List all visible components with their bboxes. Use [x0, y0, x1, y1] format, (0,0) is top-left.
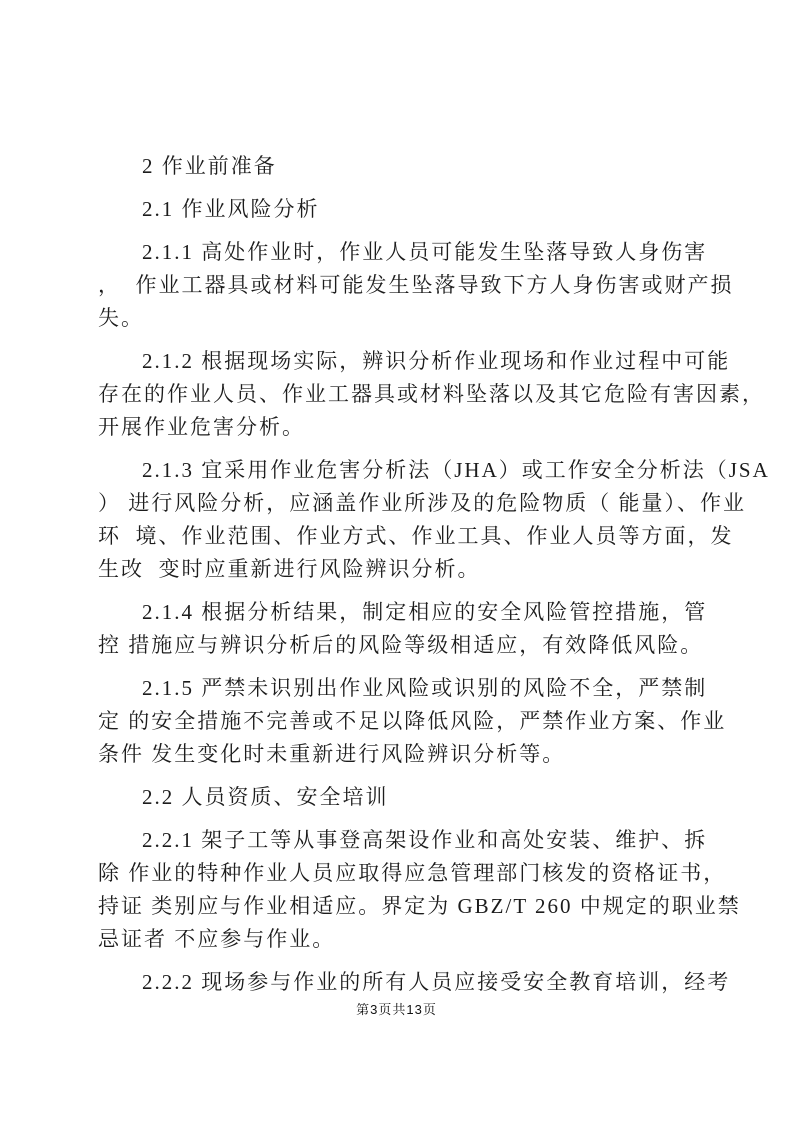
paragraph-2-1-4: 2.1.4 根据分析结果，制定相应的安全风险管控措施，管 控 措施应与辨识分析后… [98, 596, 723, 662]
text-line: 除 作业的特种作业人员应取得应急管理部门核发的资格证书， [98, 857, 723, 890]
text-line: 环 境、作业范围、作业方式、作业工具、作业人员等方面，发 [98, 520, 723, 553]
text-line: 条件 发生变化时未重新进行风险辨识分析等。 [98, 738, 723, 771]
text-line: 2.2.1 架子工等从事登高架设作业和高处安装、维护、拆 [98, 824, 723, 857]
text-line: 2.2.2 现场参与作业的所有人员应接受安全教育培训，经考 [98, 966, 723, 999]
paragraph-2-1-2: 2.1.2 根据现场实际，辨识分析作业现场和作业过程中可能 存在的作业人员、作业… [98, 345, 723, 444]
text-line: 生改 变时应重新进行风险辨识分析。 [98, 553, 723, 586]
text-line: 忌证者 不应参与作业。 [98, 923, 723, 956]
section-heading-2-1: 2.1 作业风险分析 [98, 193, 723, 226]
heading-text: 2 作业前准备 [98, 150, 723, 183]
document-page: 2 作业前准备 2.1 作业风险分析 2.1.1 高处作业时，作业人员可能发生坠… [0, 0, 793, 1122]
text-line: 开展作业危害分析。 [98, 411, 723, 444]
text-line: ） 进行风险分析，应涵盖作业所涉及的危险物质（ 能量）、作业 [98, 487, 723, 520]
page-number-label: 第3页共13页 [356, 1002, 437, 1017]
text-line: 2.1.4 根据分析结果，制定相应的安全风险管控措施，管 [98, 596, 723, 629]
text-line: 存在的作业人员、作业工器具或材料坠落以及其它危险有害因素， [98, 378, 723, 411]
paragraph-2-2-1: 2.2.1 架子工等从事登高架设作业和高处安装、维护、拆 除 作业的特种作业人员… [98, 824, 723, 956]
paragraph-2-1-5: 2.1.5 严禁未识别出作业风险或识别的风险不全，严禁制 定 的安全措施不完善或… [98, 672, 723, 771]
document-body: 2 作业前准备 2.1 作业风险分析 2.1.1 高处作业时，作业人员可能发生坠… [98, 150, 723, 1009]
text-line: 控 措施应与辨识分析后的风险等级相适应，有效降低风险。 [98, 629, 723, 662]
heading-text: 2.1 作业风险分析 [98, 193, 723, 226]
section-heading-2-2: 2.2 人员资质、安全培训 [98, 781, 723, 814]
paragraph-2-2-2: 2.2.2 现场参与作业的所有人员应接受安全教育培训，经考 [98, 966, 723, 999]
text-line: 2.1.2 根据现场实际，辨识分析作业现场和作业过程中可能 [98, 345, 723, 378]
text-line: 2.1.1 高处作业时，作业人员可能发生坠落导致人身伤害 [98, 236, 723, 269]
text-line: 持证 类别应与作业相适应。界定为 GBZ/T 260 中规定的职业禁 [98, 890, 723, 923]
text-line: 失。 [98, 302, 723, 335]
paragraph-2-1-3: 2.1.3 宜采用作业危害分析法（JHA）或工作安全分析法（JSA ） 进行风险… [98, 454, 723, 586]
paragraph-2-1-1: 2.1.1 高处作业时，作业人员可能发生坠落导致人身伤害 ， 作业工器具或材料可… [98, 236, 723, 335]
text-line: 2.1.3 宜采用作业危害分析法（JHA）或工作安全分析法（JSA [98, 454, 723, 487]
text-line: ， 作业工器具或材料可能发生坠落导致下方人身伤害或财产损 [98, 269, 723, 302]
text-line: 2.1.5 严禁未识别出作业风险或识别的风险不全，严禁制 [98, 672, 723, 705]
page-footer: 第3页共13页 [0, 999, 793, 1019]
heading-text: 2.2 人员资质、安全培训 [98, 781, 723, 814]
section-heading-2: 2 作业前准备 [98, 150, 723, 183]
text-line: 定 的安全措施不完善或不足以降低风险，严禁作业方案、作业 [98, 705, 723, 738]
